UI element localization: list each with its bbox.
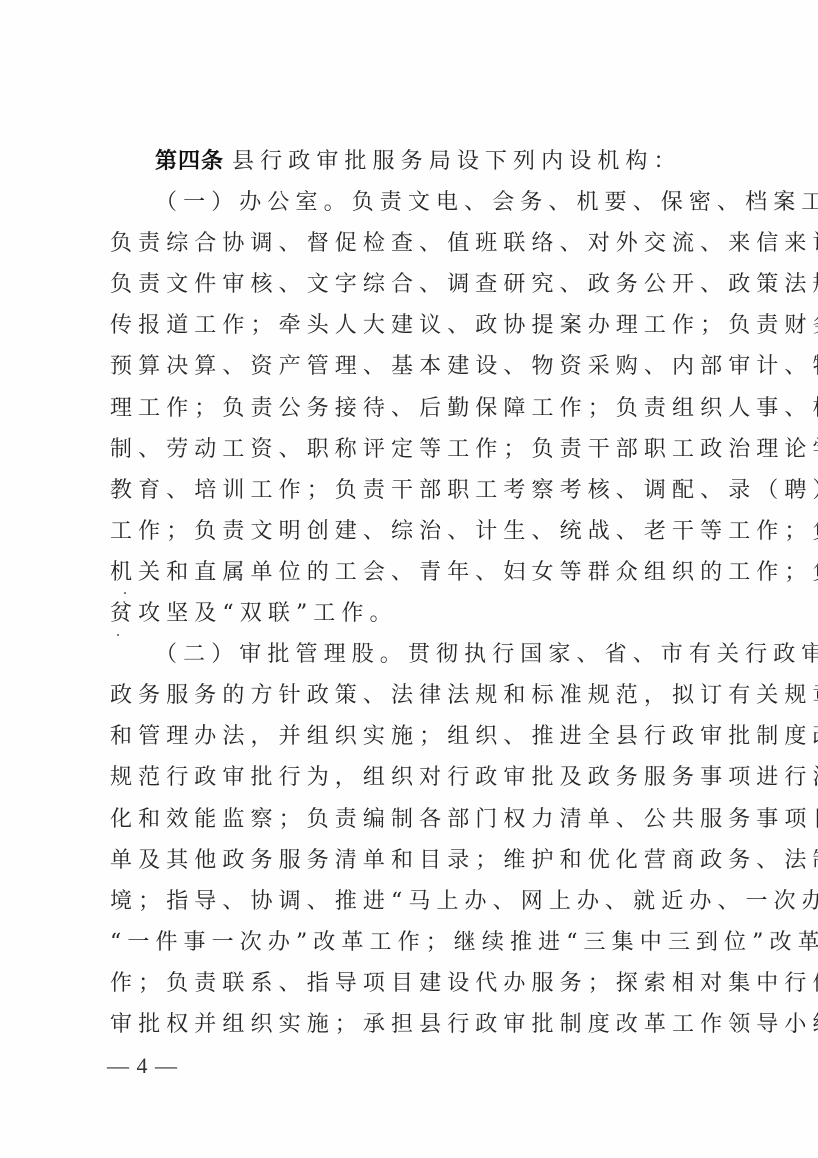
text-line: “一件事一次办”改革工作；继续推进“三集中三到位”改革工	[110, 922, 720, 963]
text-line: 作；负责联系、指导项目建设代办服务；探索相对集中行使行政	[110, 963, 720, 1004]
page-number: — 4 —	[107, 1053, 178, 1079]
text-line: 贫攻坚及“双联”工作。	[110, 593, 720, 634]
text-line: 审批权并组织实施；承担县行政审批制度改革工作领导小组办公	[110, 1004, 720, 1045]
text-line: 教育、培训工作；负责干部职工考察考核、调配、录（聘）用等	[110, 470, 720, 511]
article-heading: 第四条	[155, 149, 224, 174]
document-page: 第四条县行政审批服务局设下列内设机构： （一）办公室。负责文电、会务、机要、保密…	[0, 0, 818, 1158]
text-line: 和管理办法，并组织实施；组织、推进全县行政审批制度改革，	[110, 716, 720, 757]
paragraph-office-start: （一）办公室。负责文电、会务、机要、保密、档案工作；	[110, 182, 720, 223]
text-line: 境；指导、协调、推进“马上办、网上办、就近办、一次办”、	[110, 881, 720, 922]
text-line: 制、劳动工资、职称评定等工作；负责干部职工政治理论学习、	[110, 429, 720, 470]
scan-artifact	[117, 634, 119, 636]
text-line: 机关和直属单位的工会、青年、妇女等群众组织的工作；负责脱	[110, 552, 720, 593]
text-line: 负责综合协调、督促检查、值班联络、对外交流、来信来访工作；	[110, 223, 720, 264]
text-line: 化和效能监察；负责编制各部门权力清单、公共服务事项目录清	[110, 799, 720, 840]
paragraph-approval-start: （二）审批管理股。贯彻执行国家、省、市有关行政审批、	[110, 634, 720, 675]
body-text: 第四条县行政审批服务局设下列内设机构： （一）办公室。负责文电、会务、机要、保密…	[110, 141, 720, 1045]
text-line: 政务服务的方针政策、法律法规和标准规范，拟订有关规章制度	[110, 675, 720, 716]
article-line: 第四条县行政审批服务局设下列内设机构：	[110, 141, 720, 182]
text-line: 理工作；负责公务接待、后勤保障工作；负责组织人事、机构编	[110, 388, 720, 429]
text-line: 规范行政审批行为，组织对行政审批及政务服务事项进行流程优	[110, 757, 720, 798]
text-line: 传报道工作；牵头人大建议、政协提案办理工作；负责财务会计、	[110, 305, 720, 346]
text-line: 负责文件审核、文字综合、调查研究、政务公开、政策法规、宣	[110, 264, 720, 305]
article-intro: 县行政审批服务局设下列内设机构：	[232, 149, 682, 174]
scan-artifact	[124, 592, 126, 594]
text-line: 单及其他政务服务清单和目录；维护和优化营商政务、法制等环	[110, 840, 720, 881]
text-line: 预算决算、资产管理、基本建设、物资采购、内部审计、物业管	[110, 346, 720, 387]
text-line: 工作；负责文明创建、综治、计生、统战、老干等工作；负责局	[110, 511, 720, 552]
